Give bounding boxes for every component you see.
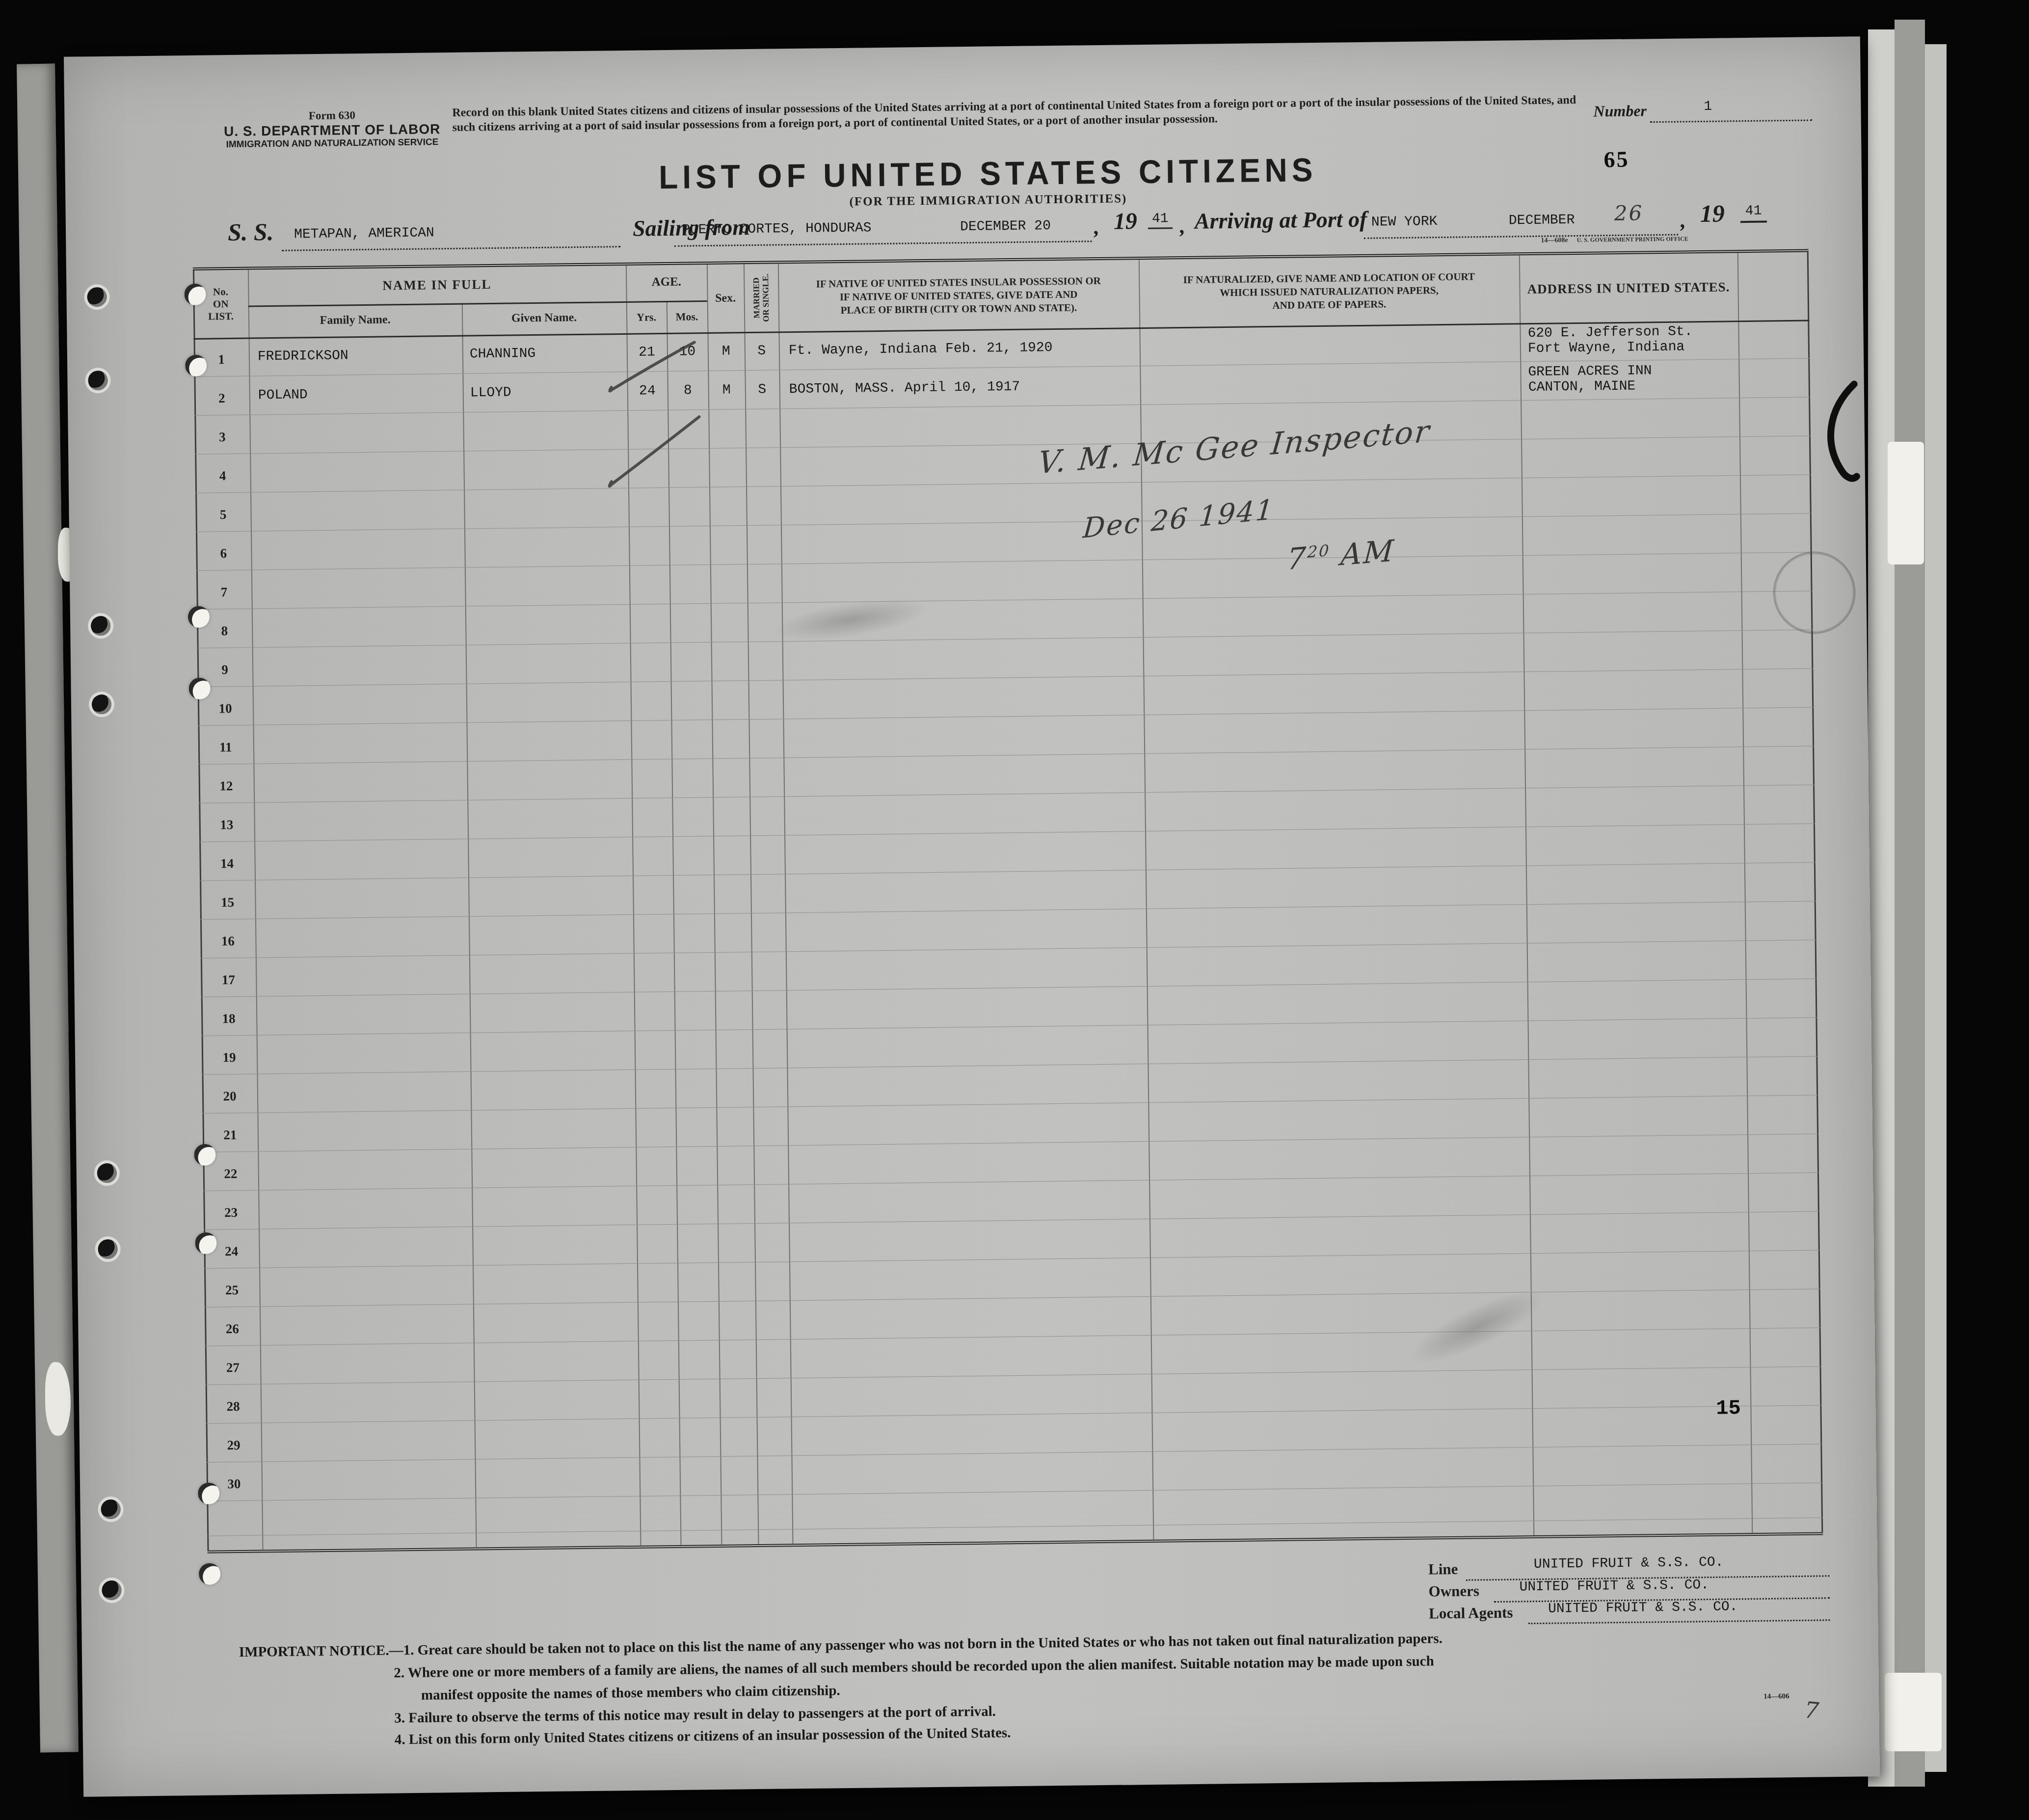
- time-meridiem: AM: [1340, 534, 1396, 573]
- ship-name-underline: [282, 246, 620, 251]
- header-age: AGE.: [626, 265, 707, 300]
- line-label: Line: [1428, 1560, 1458, 1579]
- punch-hole: [198, 1482, 219, 1504]
- passenger-table: No. ON LIST. NAME IN FULL Family Name. G…: [193, 249, 1823, 1553]
- sailing-port: PUERTO CORTES, HONDURAS: [682, 220, 872, 238]
- arrival-month: DECEMBER: [1509, 213, 1575, 229]
- corner-handwritten-mark: 7: [1803, 1696, 1821, 1724]
- service-name: IMMIGRATION AND NATURALIZATION SERVICE: [210, 137, 455, 151]
- row-number: 6: [196, 532, 251, 571]
- comma: ,: [1094, 214, 1100, 240]
- page-stack-edge: [1925, 44, 1947, 1772]
- form-code-stamp: 14—606: [1763, 1692, 1789, 1701]
- punch-hole: [102, 1580, 121, 1600]
- header-birth-info: IF NATIVE OF UNITED STATES INSULAR POSSE…: [778, 260, 1140, 331]
- stamp-65: 65: [1603, 146, 1630, 172]
- owners-label: Owners: [1428, 1582, 1479, 1600]
- row-number: 12: [198, 764, 254, 803]
- row-number: 25: [204, 1268, 260, 1308]
- paper-tear-highlight: [1888, 442, 1924, 564]
- header-naturalization: IF NATURALIZED, GIVE NAME AND LOCATION O…: [1139, 255, 1520, 327]
- notice-line-2: 2. Where one or more members of a family…: [394, 1653, 1434, 1681]
- cell-family-name: FREDRICKSON: [258, 336, 349, 376]
- row-number: 23: [203, 1191, 259, 1230]
- row-number: 7: [196, 570, 252, 610]
- page-stack-edge: [1895, 20, 1925, 1787]
- punch-hole: [188, 678, 210, 699]
- row-number: 13: [199, 803, 254, 842]
- manifest-sheet: Form 630 U. S. DEPARTMENT OF LABOR IMMIG…: [64, 36, 1880, 1796]
- pen-mark: [1813, 380, 1868, 493]
- arriving-label: Arriving at Port of: [1195, 206, 1367, 234]
- row-number: 5: [195, 493, 251, 532]
- row-number: 27: [205, 1346, 261, 1385]
- sailing-port-underline: [674, 241, 1092, 247]
- time-minutes: 20: [1307, 541, 1331, 562]
- cell-given-name: LLOYD: [470, 374, 511, 413]
- row-number: 19: [202, 1036, 257, 1075]
- row-number: 15: [200, 881, 255, 920]
- comma: ,: [1681, 208, 1686, 233]
- cell-birth-info: BOSTON, MASS. April 10, 1917: [789, 368, 1020, 409]
- punch-hole: [194, 1144, 215, 1166]
- row-number: 29: [206, 1423, 262, 1462]
- gpo-office: U. S. GOVERNMENT PRINTING OFFICE: [1577, 235, 1688, 243]
- row-rule: [207, 1517, 1823, 1536]
- cell-given-name: CHANNING: [469, 334, 535, 374]
- local-agents-underline: [1528, 1619, 1830, 1624]
- cell-address: GREEN ACRES INN CANTON, MAINE: [1528, 360, 1652, 403]
- number-label: Number: [1593, 102, 1647, 120]
- punch-hole: [91, 616, 110, 636]
- notice-line-5: 4. List on this form only United States …: [395, 1725, 1011, 1748]
- cell-married-or-single: S: [745, 370, 779, 409]
- local-agents-label: Local Agents: [1429, 1604, 1513, 1623]
- time-hour: 7: [1286, 541, 1308, 577]
- sailing-date: DECEMBER 20: [960, 218, 1051, 235]
- line-value: UNITED FRUIT & S.S. CO.: [1534, 1555, 1724, 1572]
- arrival-year: 41: [1740, 204, 1767, 223]
- header-address: ADDRESS IN UNITED STATES.: [1519, 253, 1738, 323]
- row-number: 16: [200, 919, 256, 959]
- gpo-imprint: 14—608eU. S. GOVERNMENT PRINTING OFFICE: [1541, 235, 1688, 244]
- row-number: 26: [205, 1307, 260, 1346]
- year-prefix: 19: [1700, 199, 1725, 228]
- arrival-day-handwritten: 26: [1614, 201, 1644, 225]
- punch-holes: [64, 36, 1860, 57]
- header-name-in-full: NAME IN FULL: [248, 266, 626, 304]
- row-number: 20: [202, 1074, 258, 1114]
- row-number: 14: [199, 842, 255, 881]
- punch-hole: [87, 287, 107, 307]
- row-number: 3: [194, 415, 250, 455]
- number-value: 1: [1704, 99, 1712, 114]
- punch-hole: [184, 284, 206, 305]
- cell-family-name: POLAND: [258, 375, 308, 415]
- row-number: 2: [194, 376, 249, 416]
- scanned-document: { "form": { "form_number": "Form 630", "…: [0, 0, 2029, 1820]
- arrival-port: NEW YORK: [1371, 214, 1438, 230]
- header-family-name: Family Name.: [248, 303, 462, 338]
- header-yrs: Yrs.: [626, 301, 667, 333]
- cell-married-or-single: S: [744, 331, 779, 371]
- cell-birth-info: Ft. Wayne, Indiana Feb. 21, 1920: [788, 328, 1053, 370]
- punch-hole: [195, 1232, 216, 1254]
- punch-hole: [92, 695, 111, 714]
- row-rule: [207, 1482, 1822, 1501]
- punch-hole: [199, 1563, 220, 1584]
- punch-hole: [88, 371, 107, 390]
- punch-hole: [185, 355, 207, 376]
- punch-hole: [188, 606, 210, 628]
- ss-label: S. S.: [228, 217, 274, 246]
- row-number: 28: [206, 1385, 261, 1424]
- row-number: 17: [201, 958, 256, 997]
- form-identification: Form 630 U. S. DEPARTMENT OF LABOR IMMIG…: [209, 107, 455, 151]
- paper-tear-highlight: [1885, 1673, 1942, 1751]
- owners-value: UNITED FRUIT & S.S. CO.: [1519, 1578, 1709, 1595]
- punch-hole: [101, 1499, 120, 1519]
- punch-hole: [98, 1239, 117, 1259]
- year-prefix: 19: [1114, 208, 1138, 235]
- row-number: 18: [201, 997, 257, 1036]
- sailing-year: 41: [1148, 211, 1173, 229]
- gpo-code: 14—608e: [1541, 237, 1568, 244]
- row-number: 4: [195, 454, 250, 493]
- comma: ,: [1180, 214, 1186, 239]
- punch-hole: [97, 1163, 117, 1183]
- row-number: 11: [198, 725, 253, 765]
- page-number-stamp: 15: [1716, 1396, 1741, 1420]
- checkmark-strokes: [596, 333, 725, 497]
- local-agents-value: UNITED FRUIT & S.S. CO.: [1548, 1599, 1738, 1616]
- header-mos: Mos.: [667, 300, 708, 333]
- notice-line-3: manifest opposite the names of those mem…: [421, 1683, 840, 1704]
- notice-line-4: 3. Failure to observe the terms of this …: [394, 1704, 996, 1727]
- header-no-on-list: No. ON LIST.: [193, 270, 249, 338]
- cell-address: 620 E. Jefferson St. Fort Wayne, Indiana: [1527, 321, 1693, 365]
- header-given-name: Given Name.: [462, 301, 627, 335]
- form-instructions: Record on this blank United States citiz…: [452, 93, 1576, 135]
- ship-name: METAPAN, AMERICAN: [294, 225, 434, 242]
- number-underline: [1650, 119, 1812, 123]
